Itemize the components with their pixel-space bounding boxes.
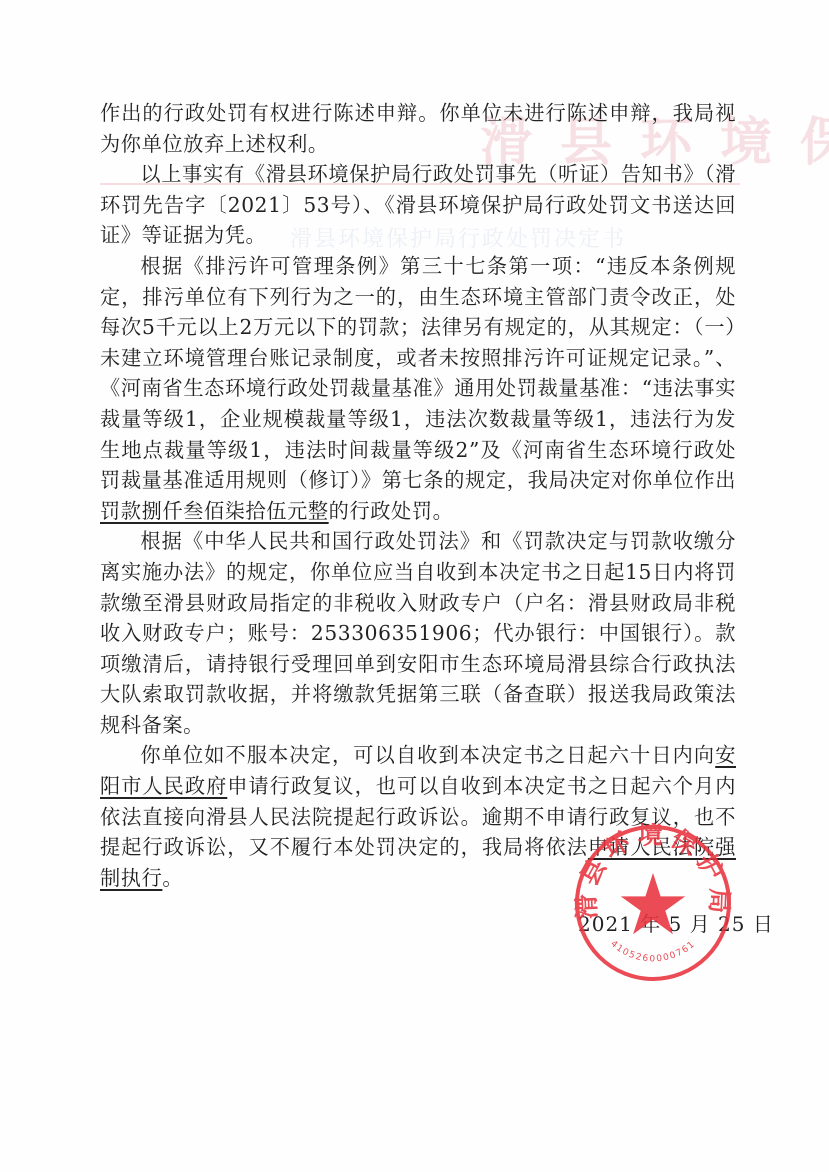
paragraph-0: 作出的行政处罚有权进行陈述申辩。你单位未进行陈述申辩，我局视为你单位放弃上述权利… xyxy=(100,98,736,159)
text-segment: 作出的行政处罚有权进行陈述申辩。你单位未进行陈述申辩，我局视为你单位放弃上述权利… xyxy=(100,101,736,156)
paragraph-1: 以上事实有《滑县环境保护局行政处罚事先（听证）告知书》（滑环罚先告字〔2021〕… xyxy=(100,159,736,251)
underlined-text: 罚款捌仟叁佰柒拾伍元整 xyxy=(100,499,329,523)
text-segment: 的行政处罚。 xyxy=(329,499,454,523)
text-segment: 根据《中华人民共和国行政处罚法》和《罚款决定与罚款收缴分离实施办法》的规定，你单… xyxy=(100,529,736,737)
document-body: 作出的行政处罚有权进行陈述申辩。你单位未进行陈述申辩，我局视为你单位放弃上述权利… xyxy=(100,98,736,893)
document-page: 滑县环境保护 滑县环境保护局行政处罚决定书 作出的行政处罚有权进行陈述申辩。你单… xyxy=(0,0,829,1172)
text-segment: 。 xyxy=(162,866,183,890)
official-seal-icon: 滑县环境保护局 4105260000761 xyxy=(573,823,733,983)
text-segment: 以上事实有《滑县环境保护局行政处罚事先（听证）告知书》（滑环罚先告字〔2021〕… xyxy=(100,162,736,247)
paragraph-3: 根据《中华人民共和国行政处罚法》和《罚款决定与罚款收缴分离实施办法》的规定，你单… xyxy=(100,526,736,740)
paragraph-2: 根据《排污许可管理条例》第三十七条第一项：“违反本条例规定，排污单位有下列行为之… xyxy=(100,251,736,526)
svg-text:4105260000761: 4105260000761 xyxy=(608,939,697,964)
text-segment: 根据《排污许可管理条例》第三十七条第一项：“违反本条例规定，排污单位有下列行为之… xyxy=(100,254,736,492)
text-segment: 你单位如不服本决定，可以自收到本决定书之日起六十日内向 xyxy=(140,743,715,767)
